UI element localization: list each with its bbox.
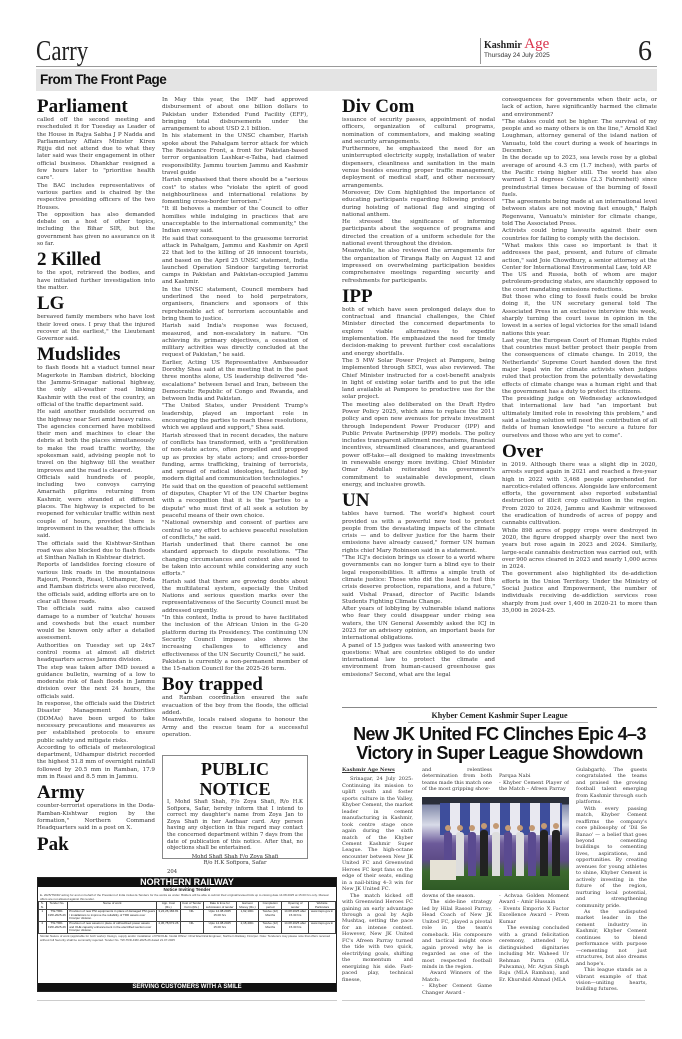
ad-intro: E- 2025/TNDR/ acting for and on behalf o… <box>38 893 336 901</box>
article-text: "In this context, India is proud to have… <box>162 615 308 659</box>
public-notice: PUBLIC NOTICE I, Mohd Shafi Shah, F/o Zo… <box>162 755 308 859</box>
column-4: consequences for governments when their … <box>502 97 657 703</box>
sports-col-d: Gulabgarh). The guests congratulated the… <box>576 767 647 997</box>
masthead: Carry Kashmir Age Thursday 24 July 2025 … <box>36 38 656 68</box>
article-text: The opposition has also demanded debate … <box>37 212 155 248</box>
article-text: This league stands as a vibrant example … <box>576 967 647 993</box>
article-text: A panel of 15 judges was tasked with ans… <box>342 643 495 679</box>
article-text: He said another mudslide occurred on the… <box>37 409 155 424</box>
divider <box>342 1000 645 1001</box>
article-text: The government also highlighted its de-a… <box>502 571 657 615</box>
article-text: According to officials of meteorological… <box>37 745 155 781</box>
article-text: - Khyber Cement Game Changer Award - <box>422 983 492 996</box>
sports-kicker: Khyber Cement Kashmir Super League <box>342 711 657 721</box>
sports-col-b-bottom: downs of the season. The side-line strat… <box>422 893 492 997</box>
column-2: In May this year, the IMF had approved d… <box>162 97 308 751</box>
article-text: bereaved family members who have lost th… <box>37 314 155 343</box>
notice-address: R/o H.K Sofipora, Safar <box>167 860 303 867</box>
article-text: - Events Emporio X Factor Excellence Awa… <box>499 906 569 925</box>
section-banner: From The Front Page <box>36 69 657 91</box>
article-text: In the UNSC statement, Council members h… <box>162 287 308 323</box>
byline: Kashmir Age News <box>342 767 413 773</box>
article-text: Activists could bring lawsuits against t… <box>502 228 657 243</box>
article-text: counter-terrorist operations in the Doda… <box>37 803 155 832</box>
article-text: Authorities on Tuesday set up 24x7 contr… <box>37 643 155 665</box>
notice-title: PUBLIC NOTICE <box>167 759 303 799</box>
column-3: Div Com issuance of security passes, app… <box>342 95 495 703</box>
article-text: He said that consequent to the gruesome … <box>162 236 308 287</box>
heading-boy-trapped: Boy trapped <box>162 675 308 695</box>
heading-un: UN <box>342 491 495 511</box>
notice-signature: Mohd Shafi Shah F/o Zoya Shafi <box>167 854 303 861</box>
article-text: In May this year, the IMF had approved d… <box>162 97 308 133</box>
article-text: and relentless determination from both t… <box>422 767 492 793</box>
article-text: Harish underlined that there cannot be o… <box>162 542 308 578</box>
ad-footer: Similar Nature of work (applicable for b… <box>38 934 336 942</box>
article-text: tables have turned. The world's highest … <box>342 511 495 555</box>
article-text: Meanwhile, he also reviewed the arrangem… <box>342 248 495 284</box>
article-text: The step was taken after IMD issued a gu… <box>37 665 155 701</box>
heading-parliament: Parliament <box>37 97 155 117</box>
article-text: "The United States, under President Trum… <box>162 403 308 432</box>
article-text: The agencies concerned have mobilised th… <box>37 424 155 475</box>
article-text: Officials said hundreds of people, inclu… <box>37 475 155 541</box>
sports-col-c-top: Parqaa Nabi - Khyber Cement Player of th… <box>499 767 569 795</box>
brand-logo: Kashmir Age Thursday 24 July 2025 <box>480 38 550 64</box>
article-text: Harish said India's response was focused… <box>162 323 308 359</box>
article-text: "What makes this case so important is th… <box>502 243 657 272</box>
article-text: Moreover, Div Com highlighted the import… <box>342 190 495 219</box>
trophy-table <box>430 860 456 880</box>
article-text: "The agreements being made at an interna… <box>502 199 657 228</box>
divider <box>37 1000 337 1001</box>
notice-ref: 204 <box>167 869 303 876</box>
article-text: Last year, the European Court of Human R… <box>502 338 657 396</box>
article-text: Meanwhile, locals raised slogans to hono… <box>162 717 308 739</box>
article-text: and Ramban coordination ensured the safe… <box>162 695 308 717</box>
heading-ipp: IPP <box>342 287 495 307</box>
article-text: The BAC includes representatives of vari… <box>37 183 155 212</box>
article-text: The meeting also deliberated on the Draf… <box>342 402 495 490</box>
table-row: 2 TW-TRD-FZR-2025-26 Provision of new as… <box>39 921 336 933</box>
ad-slogan: SERVING CUSTOMERS WITH A SMILE <box>38 983 336 991</box>
kicker-rule <box>408 722 588 723</box>
article-text: Harish emphasised that there should be a… <box>162 177 308 206</box>
divider <box>342 707 657 708</box>
article-text: Earlier, Acting US Representative Ambass… <box>162 360 308 404</box>
northern-railway-ad: NORTHERN RAILWAY Notice Inviting Tender … <box>37 877 337 992</box>
article-text: issuance of security passes, appointment… <box>342 117 495 146</box>
column-1: Parliament called off the second meeting… <box>37 95 155 855</box>
masthead-rule <box>36 66 657 67</box>
article-text: The 5 MW Solar Power Project at Pampore,… <box>342 358 495 402</box>
article-text: Srinagar, 24 July 2025: Continuing its m… <box>342 776 413 892</box>
article-text: The evening concluded with a grand felic… <box>499 925 569 983</box>
heading-2-killed: 2 Killed <box>37 250 155 270</box>
article-text: Harish said that there are growing doubt… <box>162 579 308 615</box>
article-text: to flash floods hit a viaduct tunnel nea… <box>37 365 155 409</box>
article-text: "It ill behoves a member of the Council … <box>162 206 308 235</box>
article-text: Pakistan is currently a non-permanent me… <box>162 659 308 674</box>
article-text: In his statement in the UNSC chamber, Ha… <box>162 133 308 177</box>
heading-pak: Pak <box>37 835 155 855</box>
article-text: In the decade up to 2023, sea levels ros… <box>502 155 657 199</box>
article-text: Gulabgarh). The guests congratulated the… <box>576 767 647 806</box>
heading-over: Over <box>502 442 657 462</box>
article-text: After years of lobbying by vulnerable is… <box>342 606 495 642</box>
article-text: While 898 acres of poppy crops were dest… <box>502 528 657 572</box>
sports-col-b-top: and relentless determination from both t… <box>422 767 492 795</box>
article-text: The match kicked off with Greenwind Hero… <box>342 893 413 983</box>
heading-div-com: Div Com <box>342 97 495 117</box>
heading-mudslides: Mudslides <box>37 345 155 365</box>
banner-label: From The Front Page <box>40 72 166 87</box>
ad-title: NORTHERN RAILWAY <box>38 878 336 887</box>
sports-col-c-bottom: - Achvaa Golden Moment Award – Amir Huss… <box>499 893 569 997</box>
article-text: The presiding judge on Wednesday acknowl… <box>502 396 657 440</box>
article-text: both of which have seen prolonged delays… <box>342 307 495 358</box>
tender-table: S. N. Tender No. Name of work App. Cost … <box>38 901 336 934</box>
section-title: Carry <box>36 38 88 66</box>
heading-lg: LG <box>37 294 155 314</box>
team-photo <box>422 797 569 890</box>
article-text: In response, the officials said the Dist… <box>37 701 155 745</box>
article-text: He stressed the significance of informin… <box>342 219 495 248</box>
article-text: called off the second meeting and resche… <box>37 117 155 183</box>
page-number: 6 <box>638 36 652 68</box>
article-text: The officials said rains also caused dam… <box>37 606 155 642</box>
article-text: The officials said the Kishtwar-Sinthan … <box>37 541 155 563</box>
article-text: to the spot, retrieved the bodies, and h… <box>37 270 155 292</box>
article-text: consequences for governments when their … <box>502 97 657 119</box>
article-text: "National ownership and consent of parti… <box>162 520 308 542</box>
article-text: Harish stressed that in recent decades, … <box>162 433 308 484</box>
issue-date: Thursday 24 July 2025 <box>484 52 550 60</box>
article-text: Parqaa Nabi - Khyber Cement Player of th… <box>499 773 569 792</box>
article-text: in 2019. Although there was a slight dip… <box>502 462 657 528</box>
article-text: The US and Russia, both of whom are majo… <box>502 272 657 294</box>
article-text: Furthermore, he emphasized the need for … <box>342 146 495 190</box>
article-text: - Achvaa Golden Moment Award – Amir Huss… <box>499 893 569 906</box>
article-text: "The ICJ's decision brings us closer to … <box>342 555 495 606</box>
article-text: With every passing match, Khyber Cement … <box>576 806 647 909</box>
sports-headline: New JK United FC Clinches Epic 4–3 Victo… <box>342 725 657 763</box>
heading-army: Army <box>37 783 155 803</box>
article-text: As the undisputed market leader in the c… <box>576 909 647 967</box>
article-text: Reports of landslides forcing closure of… <box>37 562 155 606</box>
article-text: The side-line strategy led by Hilal Raso… <box>422 899 492 970</box>
article-text: "The stakes could not be higher. The sur… <box>502 119 657 155</box>
sports-col-a: Kashmir Age News Srinagar, 24 July 2025:… <box>342 767 413 997</box>
article-text: He said that on the question of peaceful… <box>162 484 308 520</box>
notice-body: I, Mohd Shafi Shah, F/o Zoya Shafi, R/o … <box>167 799 303 852</box>
table-row: 1 TW-TRD-FZR-2025-26 Provision of new PS… <box>39 910 336 922</box>
article-text: Award Winners of the Match: <box>422 970 492 983</box>
article-text: But those who cling to fossil fuels coul… <box>502 294 657 338</box>
